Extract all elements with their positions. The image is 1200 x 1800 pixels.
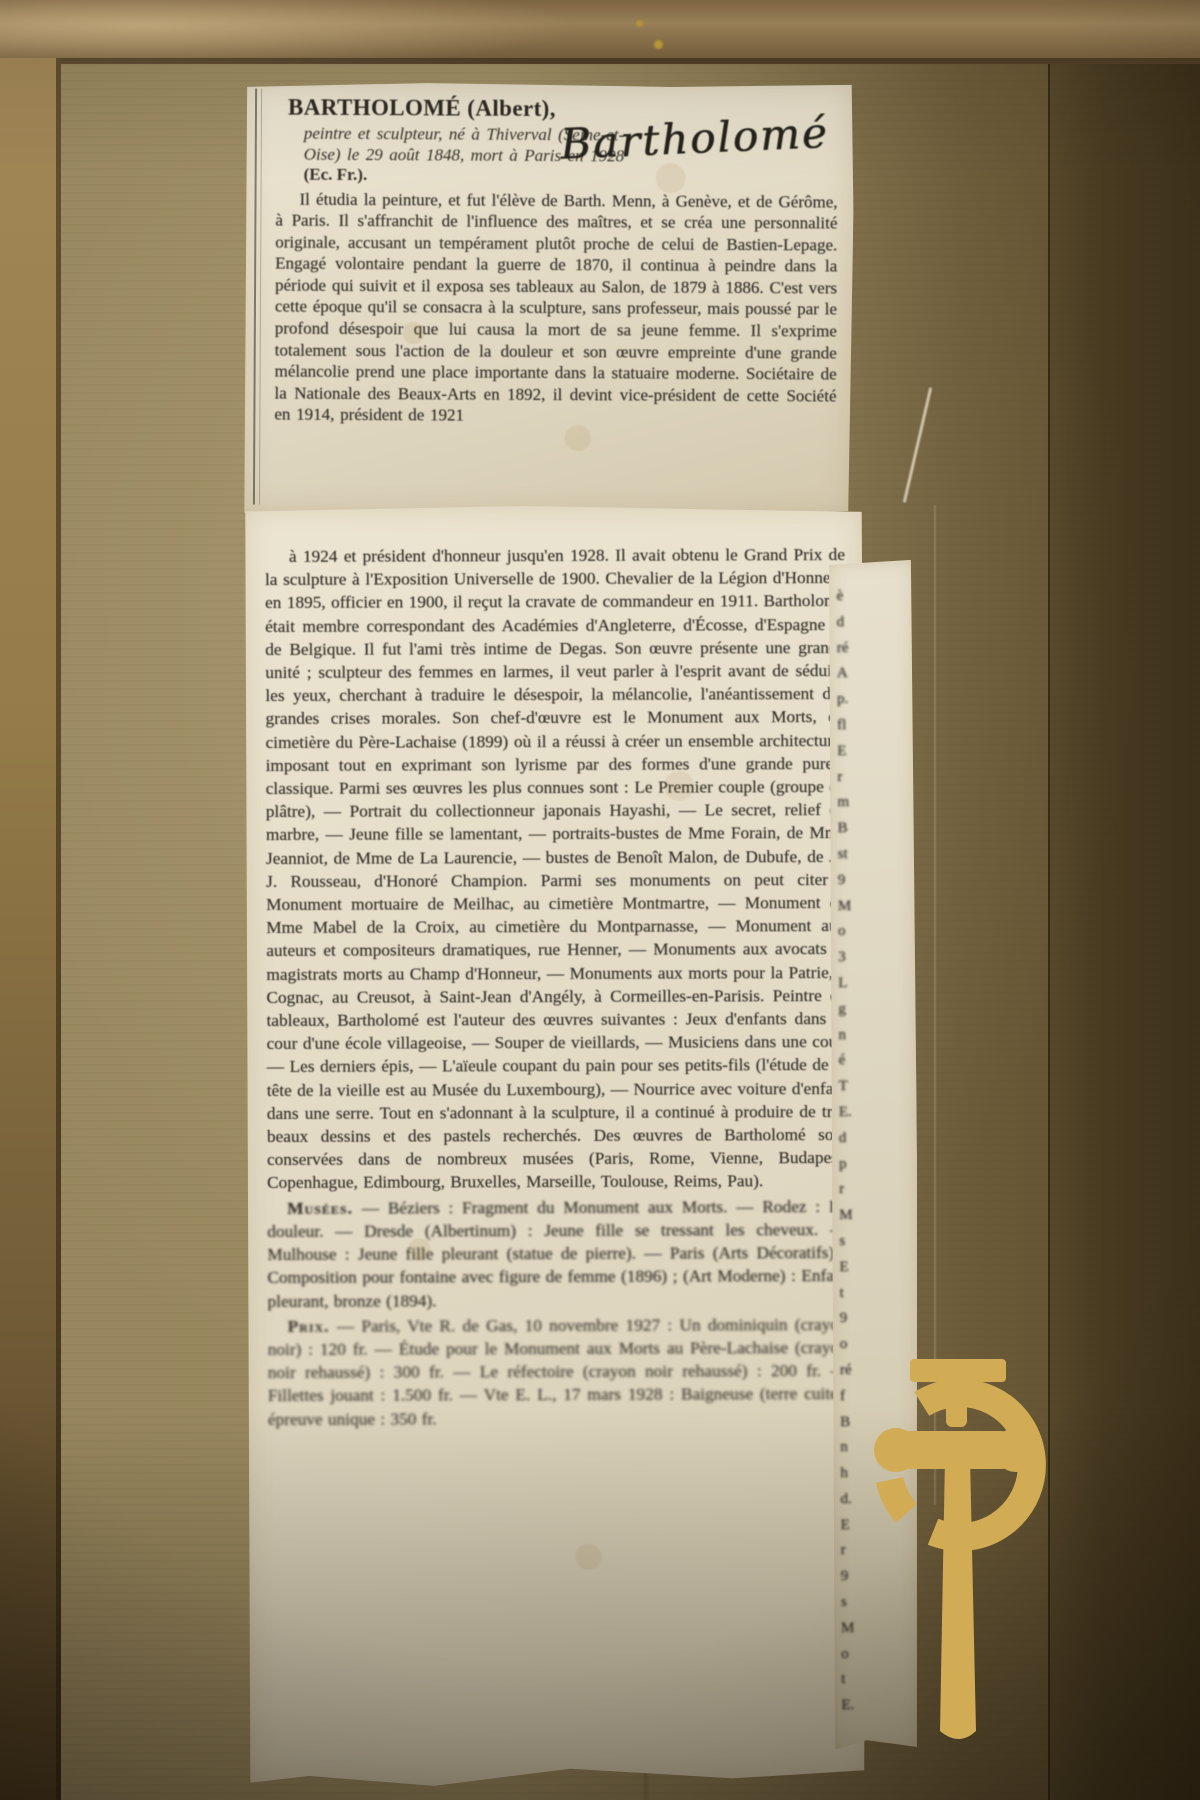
museums-paragraph: Musées. — Béziers : Fragment du Monument… bbox=[267, 1195, 847, 1313]
paint-speck bbox=[654, 40, 663, 49]
prices-body: — Paris, Vte R. de Gas, 10 novembre 1927… bbox=[268, 1315, 848, 1429]
frame-left-edge bbox=[0, 58, 61, 1800]
clipping-biography-bottom: à 1924 et président d'honneur jusqu'en 1… bbox=[243, 503, 869, 1789]
column-rule bbox=[253, 88, 262, 504]
auction-prices-paragraph: Prix. — Paris, Vte R. de Gas, 10 novembr… bbox=[268, 1313, 848, 1431]
entry-continuation: à 1924 et président d'honneur jusqu'en 1… bbox=[265, 543, 847, 1195]
museums-label: Musées. bbox=[287, 1198, 353, 1217]
entry-school-abbr: (Ec. Fr.). bbox=[304, 165, 368, 184]
auction-hammer-watermark-icon bbox=[845, 1350, 1075, 1770]
photo-of-framed-backing: BARTHOLOMÉ (Albert), peintre et sculpteu… bbox=[0, 0, 1200, 1800]
entry-body: Il étudia la peinture, et fut l'élève de… bbox=[274, 188, 837, 428]
prices-label: Prix. bbox=[288, 1316, 330, 1335]
frame-top-edge bbox=[0, 0, 1200, 64]
paint-speck bbox=[636, 20, 643, 27]
museums-body: — Béziers : Fragment du Monument aux Mor… bbox=[267, 1197, 847, 1311]
